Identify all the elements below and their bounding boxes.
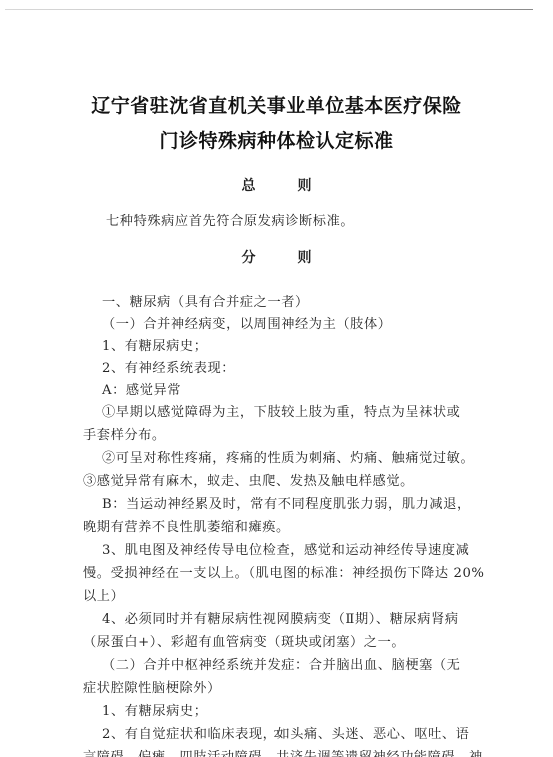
body-line: （尿蛋白+）、彩超有血管病变（斑块或闭塞）之一。 xyxy=(83,631,405,650)
body-line: ②可呈对称性疼痛，疼痛的性质为刺痛、灼痛、触痛觉过敏。 xyxy=(102,447,474,466)
heading-char: 则 xyxy=(298,175,312,195)
heading-char: 总 xyxy=(242,175,256,195)
section-heading-general: 总则 xyxy=(0,175,553,195)
body-line: 言障碍、偏瘫、四肢活动障碍、共济失调等遗留神经功能障碍。神 xyxy=(83,746,483,757)
body-line: （二）合并中枢神经系统并发症：合并脑出血、脑梗塞（无 xyxy=(102,654,460,673)
section-heading-specific: 分则 xyxy=(0,247,553,267)
body-line: 一、糖尿病（具有合并症之一者） xyxy=(102,291,309,310)
body-line: 以上） xyxy=(83,585,124,604)
document-title-line1: 辽宁省驻沈省直机关事业单位基本医疗保险 xyxy=(0,91,553,118)
body-line: （一）合并神经病变，以周围神经为主（肢体） xyxy=(102,313,392,332)
body-line: 3、肌电图及神经传导电位检查，感觉和运动神经传导速度减 xyxy=(102,539,469,558)
body-line: 晚期有营养不良性肌萎缩和瘫痪。 xyxy=(83,516,290,535)
heading-char: 分 xyxy=(242,247,256,267)
scan-edge-line xyxy=(5,9,533,10)
body-line: A：感觉异常 xyxy=(102,379,181,398)
body-line: 1、有糖尿病史； xyxy=(102,335,208,354)
body-line: 4、必须同时并有糖尿病性视网膜病变（Ⅱ期）、糖尿病肾病 xyxy=(102,608,459,627)
document-title-line2: 门诊特殊病种体检认定标准 xyxy=(0,126,553,153)
heading-char: 则 xyxy=(298,247,312,267)
general-text: 七种特殊病应首先符合原发病诊断标准。 xyxy=(106,210,354,229)
body-line: 手套样分布。 xyxy=(83,424,166,443)
body-line: 症状腔隙性脑梗除外） xyxy=(83,677,221,696)
body-line: 2、有神经系统表现： xyxy=(102,357,235,376)
body-line: 慢。受损神经在一支以上。（肌电图的标准：神经损伤下降达 20% xyxy=(83,562,485,581)
page-number: 2 xyxy=(0,730,553,740)
body-line: ③感觉异常有麻木，蚁走、虫爬、发热及触电样感觉。 xyxy=(83,470,414,489)
body-line: B：当运动神经累及时，常有不同程度肌张力弱，肌力减退， xyxy=(102,493,471,512)
body-line: 1、有糖尿病史； xyxy=(102,700,208,719)
body-line: ①早期以感觉障碍为主，下肢较上肢为重，特点为呈袜状或 xyxy=(102,401,460,420)
